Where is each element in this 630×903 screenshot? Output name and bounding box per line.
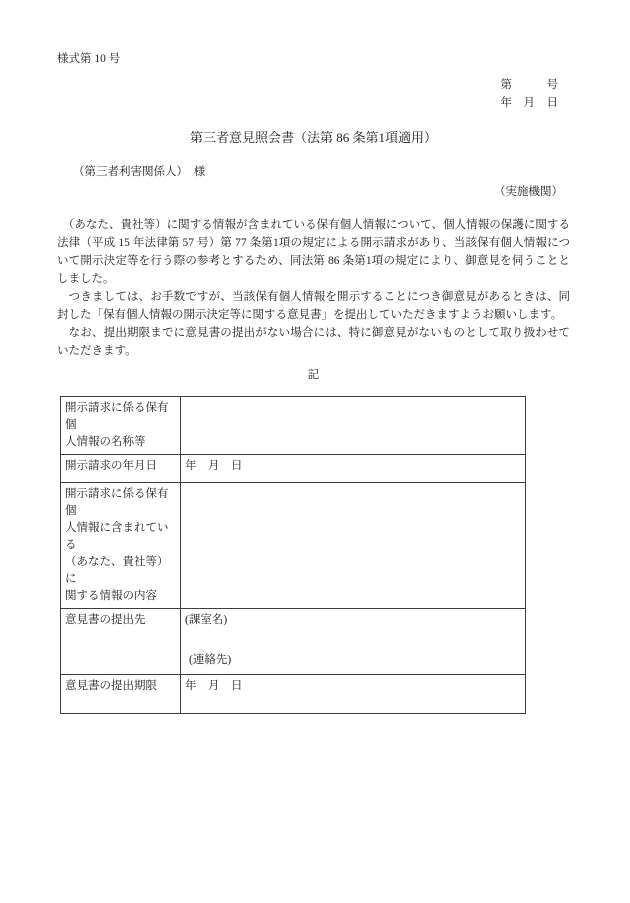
- document-ref-number: 第 号: [57, 76, 558, 94]
- paragraph-2: つきましては、お手数ですが、当該保有個人情報を開示することにつき御意見があるとき…: [57, 288, 570, 324]
- request-details-table: 開示請求に係る保有個 人情報の名称等 開示請求の年月日 年 月 日 開示請求に係…: [60, 396, 526, 714]
- record-marker: 記: [57, 366, 570, 384]
- submission-destination-contact: (連絡先): [189, 652, 231, 669]
- table-row-request-date: 開示請求の年月日 年 月 日: [61, 455, 526, 483]
- submission-destination-office: (課室名): [185, 612, 521, 629]
- body-text: （あなた、貴社等）に関する情報が含まれている保有個人情報について、個人情報の保護…: [57, 216, 570, 360]
- row-label-request-date: 開示請求の年月日: [61, 455, 181, 483]
- row-label-info-content: 開示請求に係る保有個 人情報に含まれている （あなた、貴社等）に 関する情報の内…: [61, 483, 181, 609]
- document-page: 様式第 10 号 第 号 年 月 日 第三者意見照会書（法第 86 条第1項適用…: [0, 0, 630, 903]
- row-value-submission-destination: (課室名) (連絡先): [181, 609, 526, 675]
- paragraph-1: （あなた、貴社等）に関する情報が含まれている保有個人情報について、個人情報の保護…: [57, 216, 570, 288]
- row-label-submission-destination: 意見書の提出先: [61, 609, 181, 675]
- row-value-submission-deadline: 年 月 日: [181, 675, 526, 714]
- document-date: 年 月 日: [57, 94, 558, 112]
- table-row-submission-deadline: 意見書の提出期限 年 月 日: [61, 675, 526, 714]
- row-value-held-info-name: [181, 397, 526, 455]
- row-value-info-content: [181, 483, 526, 609]
- table-row-submission-destination: 意見書の提出先 (課室名) (連絡先): [61, 609, 526, 675]
- row-value-request-date: 年 月 日: [181, 455, 526, 483]
- row-label-submission-deadline: 意見書の提出期限: [61, 675, 181, 714]
- paragraph-3: なお、提出期限までに意見書の提出がない場合には、特に御意見がないものとして取り扱…: [57, 324, 570, 360]
- row-label-held-info-name: 開示請求に係る保有個 人情報の名称等: [61, 397, 181, 455]
- addressee-line: （第三者利害関係人） 様: [57, 163, 570, 181]
- document-title: 第三者意見照会書（法第 86 条第1項適用）: [57, 129, 570, 147]
- issuing-agency: （実施機関）: [57, 183, 563, 201]
- form-number: 様式第 10 号: [57, 50, 570, 68]
- table-row-info-content: 開示請求に係る保有個 人情報に含まれている （あなた、貴社等）に 関する情報の内…: [61, 483, 526, 609]
- table-row-held-info-name: 開示請求に係る保有個 人情報の名称等: [61, 397, 526, 455]
